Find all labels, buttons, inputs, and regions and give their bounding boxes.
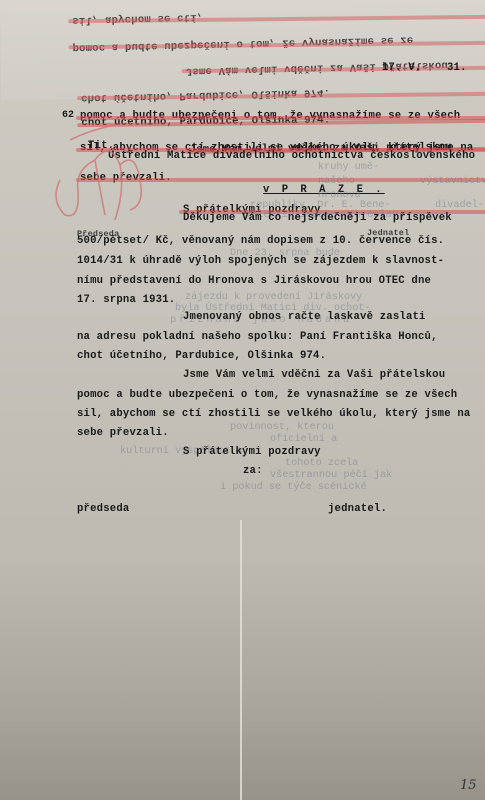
- para2-line1: Jmenovaný obnos račte laskavě zaslati: [183, 311, 426, 323]
- para3-line1: Jsme Vám velmi vděčni za Vaši přátelskou: [183, 369, 445, 381]
- mirrored-line-4: chot účetního, Pardubice, Olšinka 974.: [81, 85, 485, 102]
- para2-line2: na adresu pokladní našeho spolku: Paní F…: [77, 331, 438, 343]
- para1-line4: nímu představení do Hronova s Jiráskovou…: [77, 275, 431, 287]
- closing: S přátelkými pozdravy: [183, 446, 321, 458]
- para1-line5: 17. srpna 1931.: [77, 294, 175, 306]
- letter-page: sil, abychom se ctí, pomoc a budte ubezp…: [0, 0, 485, 800]
- overlay-sheet: sil, abychom se ctí, pomoc a budte ubezp…: [0, 0, 485, 100]
- signature-jednatel: jednatel.: [328, 503, 387, 515]
- date-year: 31.: [447, 62, 467, 74]
- para3-line2: pomoc a budte ubezpečeni o tom, že vynas…: [77, 389, 457, 401]
- bleed-13: oficielní a: [270, 434, 337, 445]
- date-day-month: 17. V.: [382, 62, 421, 74]
- paper-fold: [240, 520, 242, 800]
- bleed-2: našeho: [318, 176, 355, 187]
- bleed-15: tohoto zcela: [285, 458, 358, 469]
- mirrored-line-1: sil, abychom se ctí,: [72, 8, 485, 25]
- para1-line3: 1014/31 k úhradě výloh spojených se záje…: [77, 255, 444, 267]
- para2-line3: chot účetního, Pardubice, Olšinka 974.: [77, 350, 326, 362]
- bleed-6: výstavnictví: [420, 176, 485, 187]
- para1-line2: 500/pětset/ Kč, věnovaný nám dopisem z 1…: [77, 235, 444, 247]
- mirrored-line-3: Jsme Vám velmi vděčni za Vaši přátelskou: [186, 58, 485, 75]
- bleed-16: všestrannou péči jak: [270, 470, 392, 481]
- bleed-1: kruhy umě-: [318, 162, 379, 173]
- mirrored-line-2: pomoc a budte ubezpečeni o tom, že vynas…: [72, 34, 485, 51]
- para3-line4: sebe převzali.: [77, 427, 169, 439]
- para3-line3: sil, abychom se ctí zhostili se velkého …: [77, 408, 470, 420]
- red-handwritten-annotation-icon: [40, 120, 160, 230]
- bleed-17: i pokud se týče scénické: [220, 482, 367, 493]
- signature-predseda: předseda: [77, 503, 129, 515]
- bleed-9: zájezdu k provedení Jiráskovy: [185, 292, 362, 303]
- bleed-7: divadel-: [435, 200, 484, 211]
- pencil-page-number: 15: [460, 778, 477, 793]
- for-label: za:: [243, 465, 263, 477]
- recipient-name: Ústřední Matice divadelního ochotnictva …: [108, 150, 475, 162]
- para1-line1: Děkujeme Vám co nejsrdečněji za příspěve…: [183, 212, 452, 224]
- bleed-12: povinnost, kterou: [230, 422, 334, 433]
